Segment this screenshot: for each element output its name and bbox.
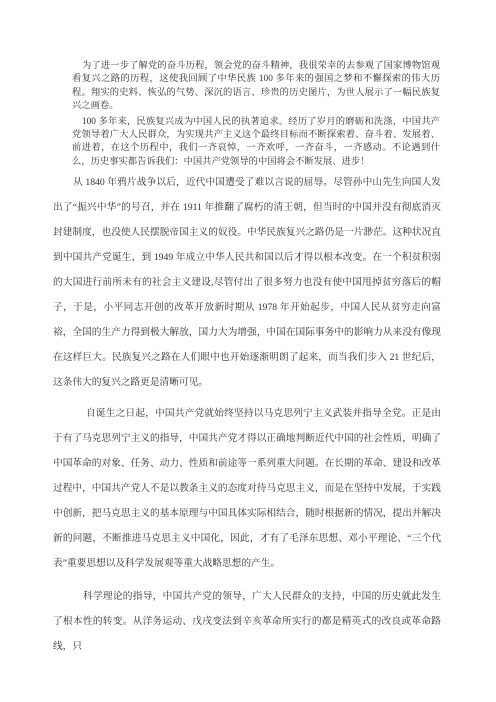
paragraph-history-since-1840: 从 1840 年鸦片战争以后，近代中国遭受了难以言说的屈辱。尽管孙中山先生向国人… <box>53 170 441 395</box>
paragraph-marxism-guidance: 自诞生之日起，中国共产党就始终坚持以马克思列宁主义武装并指导全党。正是由于有了马… <box>53 401 441 576</box>
paragraph-scientific-theory: 科学理论的指导，中国共产党的领导，广大人民群众的支持，中国的历史就此发生了根本性… <box>53 584 441 659</box>
paragraph-visit-museum: 为了进一步了解党的奋斗历程，领会党的奋斗精神，我很荣幸的去参观了国家博物馆观看复… <box>72 60 440 114</box>
document-page: 为了进一步了解党的奋斗历程，领会党的奋斗精神，我很荣幸的去参观了国家博物馆观看复… <box>0 0 496 702</box>
paragraph-national-rejuvenation-pursuit: 100 多年来，民族复兴成为中国人民的执著追求。经历了岁月的磨砺和洗涤，中国共产… <box>72 116 440 170</box>
